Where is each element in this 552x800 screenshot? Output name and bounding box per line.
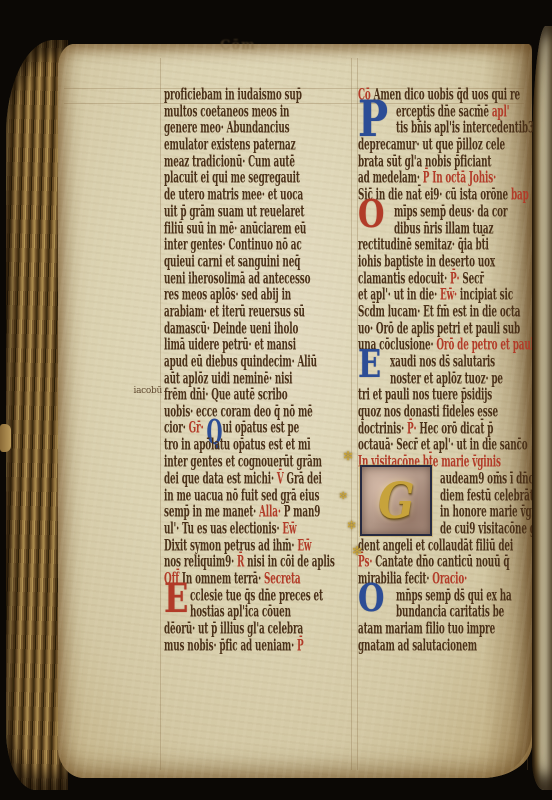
text-line: inter gentes· Continuo nō ac bbox=[164, 234, 352, 251]
text-segment: emulator existens paternaz bbox=[164, 136, 296, 155]
text-line: arabiam· et iterū reuersus sū bbox=[164, 301, 352, 318]
text-segment: uit p̄ grām suam ut reuelaret bbox=[164, 203, 304, 222]
text-column-right: Cō Amen dico uobis q̄d uos qui reercepti… bbox=[358, 84, 528, 651]
text-segment: de utero matris mee· et uoca bbox=[164, 186, 303, 205]
text-line: dent angeli et collaudāt filiū dei bbox=[358, 535, 528, 552]
text-segment: Ew̄ bbox=[282, 520, 296, 539]
text-segment: Oracio· bbox=[432, 570, 467, 589]
text-line: ueni iherosolimā ad antecesso bbox=[164, 268, 352, 285]
text-segment: dei que data est michi· bbox=[164, 470, 277, 489]
text-segment: atam mariam filio tuo impre bbox=[358, 620, 495, 639]
text-line: iohis baptiste in deserto uox bbox=[358, 251, 528, 268]
marginal-gloss: iacobū bbox=[122, 386, 162, 396]
text-line: Dixit symon petrus ad ihm̄· Ew̄ bbox=[164, 535, 352, 552]
text-segment: Amen dico uobis q̄d uos qui re bbox=[374, 86, 520, 105]
text-line: mus nobis· p̄fic ad ueniam· P̄ bbox=[164, 635, 352, 652]
text-line: meaz tradicionū· Cum autē bbox=[164, 151, 352, 168]
text-segment: arabiam· et iterū reuersus sū bbox=[164, 303, 305, 322]
drop-cap-O: O bbox=[358, 582, 384, 614]
text-segment: audeam9 om̄s ī dn̄o bbox=[440, 470, 534, 489]
binding-edge-detail bbox=[0, 424, 11, 452]
text-line: tro in apōlatu op̄atus est et mī bbox=[164, 434, 352, 451]
text-segment: apud eū diebus quindecim· Aliū bbox=[164, 353, 317, 372]
text-line: in me uacua nō fuit sed grā eius bbox=[164, 485, 352, 502]
text-line: aūt aplōz uidi neminē· nisi bbox=[164, 368, 352, 385]
drop-cap-E: E bbox=[164, 582, 188, 616]
text-line: gnatam ad salutacionem bbox=[358, 635, 528, 652]
gold-sprig: ✻ bbox=[352, 545, 362, 557]
drop-cap-O: O bbox=[358, 198, 384, 230]
text-segment: mīps semp̄ deus· da cor bbox=[394, 203, 507, 222]
text-line: inter gentes et cognouerūt grām bbox=[164, 451, 352, 468]
text-line: uo· Orō de aplis petri et pauli sub bbox=[358, 318, 528, 335]
text-line: semp̄ in me manet· Alla· P̄ man9 bbox=[164, 501, 352, 518]
text-line: apud eū diebus quindecim· Aliū bbox=[164, 351, 352, 368]
text-line: una cōclusione· Orō de petro et paulo bbox=[358, 334, 528, 351]
text-line: Scd̄m lucam· Et fm̄ est in die octa bbox=[358, 301, 528, 318]
text-line: et apl'· ut in die· Ew̄· incipiat sic bbox=[358, 284, 528, 301]
text-line: proficiebam in iudaismo sup̄ bbox=[164, 84, 352, 101]
text-line: ul'· Tu es uas electionis· Ew̄ bbox=[164, 518, 352, 535]
text-line: noster et aplōz tuoz· pe bbox=[358, 368, 528, 385]
text-segment: inter gentes et cognouerūt grām bbox=[164, 453, 322, 472]
gold-sprig: ✻ bbox=[339, 492, 347, 502]
text-line: frēm dn̄i· Que autē scribo bbox=[164, 384, 352, 401]
text-segment: dēorū· ut p̄ illius gl'a celebra bbox=[164, 620, 303, 639]
text-line: ad medelam· P̄ In octā Johis· bbox=[358, 167, 528, 184]
drop-cap-E: E bbox=[358, 348, 381, 380]
text-line: de utero matris mee· et uoca bbox=[164, 184, 352, 201]
text-line: cclesie tue q̄s dn̄e preces et bbox=[164, 585, 352, 602]
text-segment: semp̄ in me manet· bbox=[164, 503, 259, 522]
text-line: multos coetaneos meos in bbox=[164, 101, 352, 118]
book-photo: { "colors":{ "background":"#0b0805","par… bbox=[0, 0, 552, 800]
illuminated-initial-G: G bbox=[360, 465, 432, 536]
text-line: genere meo· Abundancius bbox=[164, 117, 352, 134]
text-segment: bap bbox=[511, 186, 529, 205]
text-line: quoz nos donasti fideles esse bbox=[358, 401, 528, 418]
gold-letter-G: G bbox=[378, 471, 414, 530]
text-line: hostias apl'ica cōuen bbox=[164, 601, 352, 618]
text-segment: In omnem terrā· bbox=[182, 570, 264, 589]
facing-page-edge bbox=[532, 26, 552, 790]
text-segment: cior· bbox=[164, 418, 189, 437]
text-segment: rectitudinē semitaz· q̄ia bt̄i bbox=[358, 236, 489, 255]
text-line: cior· Gr̄· Qui op̄atus est pe bbox=[164, 418, 352, 435]
text-segment: Alla· bbox=[259, 503, 284, 522]
gold-sprig: ✻ bbox=[347, 520, 356, 531]
text-line: limā uidere petrū· et mansi bbox=[164, 334, 352, 351]
text-line: P̄s· Cantate dn̄o canticū nouū q̄ bbox=[358, 551, 528, 568]
text-segment: ui op̄atus est pe bbox=[222, 418, 299, 437]
text-line: emulator existens paternaz bbox=[164, 134, 352, 151]
text-line: octauā· Secr̄ et apl'· ut in die sanc̄o bbox=[358, 434, 528, 451]
text-segment: Secreta bbox=[264, 570, 301, 589]
text-line: dēorū· ut p̄ illius gl'a celebra bbox=[164, 618, 352, 635]
text-line: clamantis edocuit· P̄· Secr̄ bbox=[358, 268, 528, 285]
text-column-left: proficiebam in iudaismo sup̄multos coeta… bbox=[164, 84, 352, 651]
text-segment: xaudi nos ds̄ salutaris bbox=[390, 353, 495, 372]
text-line: filiū suū in mē· anūciarem eū bbox=[164, 218, 352, 235]
text-segment: quieui carni et sanguini neq̄ bbox=[164, 253, 300, 272]
text-line: damascū· Deinde ueni iholo bbox=[164, 318, 352, 335]
text-segment: mus nobis· p̄fic ad ueniam· bbox=[164, 637, 297, 656]
text-line: doctrinis· P̄· Hec orō dicat̄ p̄ bbox=[358, 418, 528, 435]
gold-sprig: ✻ bbox=[343, 450, 353, 462]
text-segment: inter gentes· Continuo nō ac bbox=[164, 236, 302, 255]
text-segment: P̄ bbox=[297, 637, 304, 656]
text-segment: P̄ man9 bbox=[284, 503, 321, 522]
text-line: dei que data est michi· V̄ Grā dei bbox=[164, 468, 352, 485]
text-segment: quoz nos donasti fideles esse bbox=[358, 403, 498, 422]
text-segment: Scd̄m lucam· Et fm̄ est in die octa bbox=[358, 303, 520, 322]
drop-cap-P: P bbox=[358, 98, 388, 141]
text-segment: V̄ bbox=[277, 470, 287, 489]
text-line: placuit ei qui me segregauit bbox=[164, 167, 352, 184]
text-line: quieui carni et sanguini neq̄ bbox=[164, 251, 352, 268]
text-segment: iohis baptiste in deserto uox bbox=[358, 253, 495, 272]
text-segment: in honore marie v̄gis bbox=[440, 503, 540, 522]
ruling-line-vertical bbox=[160, 58, 161, 770]
text-segment: gnatam ad salutacionem bbox=[358, 637, 477, 656]
text-segment: proficiebam in iudaismo sup̄ bbox=[164, 86, 302, 105]
text-line: res meos aplōs· sed abij in bbox=[164, 284, 352, 301]
text-line: nos reliquim9· R̄ nisi in cōi de aplis bbox=[164, 551, 352, 568]
text-segment: Gr̄· bbox=[189, 418, 207, 437]
text-line: uit p̄ grām suam ut reuelaret bbox=[164, 201, 352, 218]
text-line: rectitudinē semitaz· q̄ia bt̄i bbox=[358, 234, 528, 251]
verso-show-through-text: Cōm bbox=[220, 38, 256, 53]
text-segment: ul'· Tu es uas electionis· bbox=[164, 520, 282, 539]
text-segment: Grā dei bbox=[287, 470, 322, 489]
